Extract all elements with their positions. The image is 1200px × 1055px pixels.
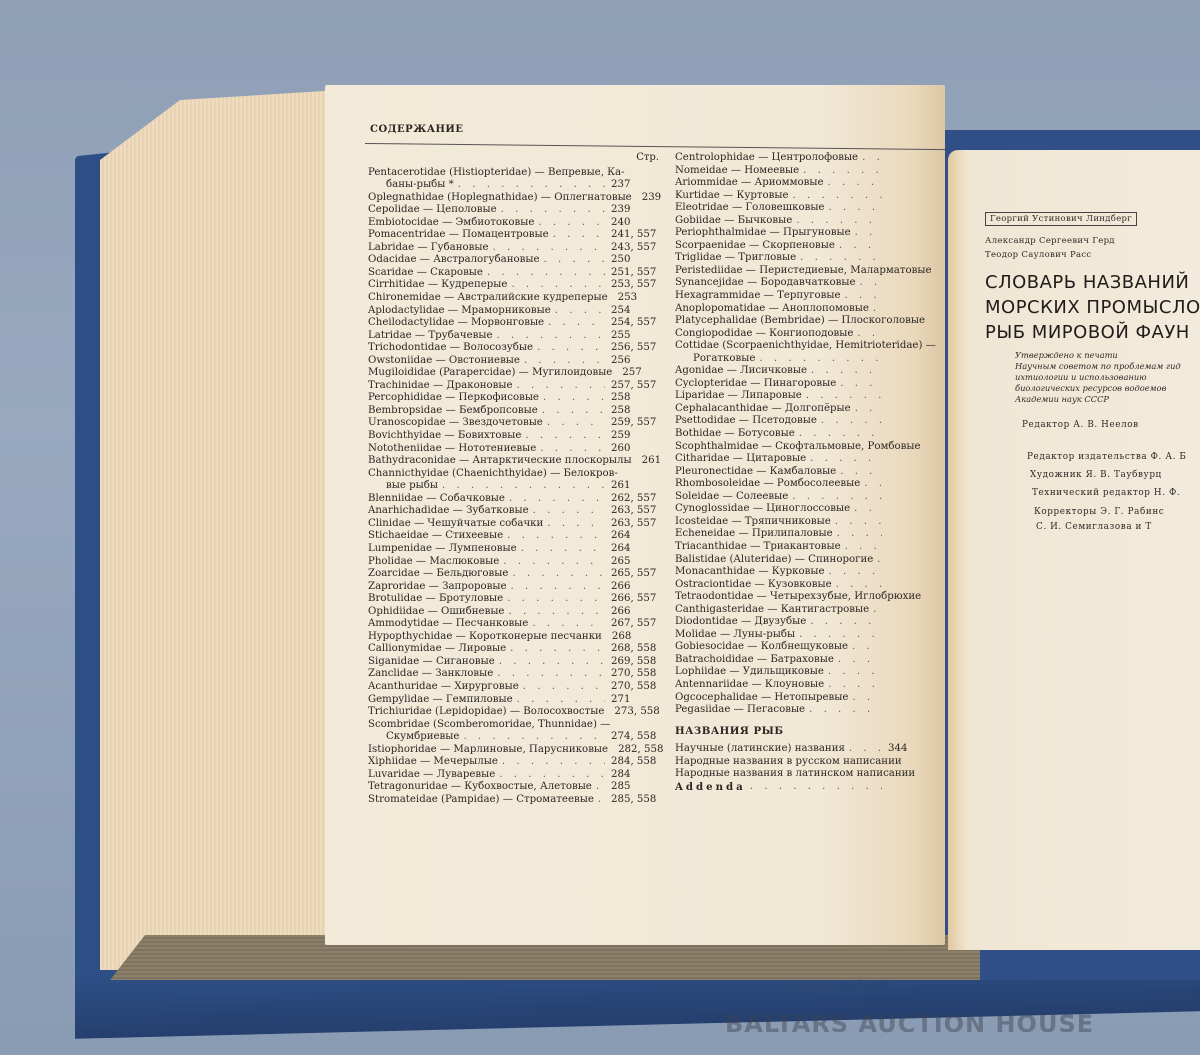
toc-entry-pages [882, 566, 940, 579]
toc-entry: Gobiidae — Бычковые [675, 215, 940, 228]
leader-dots [817, 415, 882, 428]
toc-entry-title: Brotulidae — Бротуловые [368, 593, 503, 606]
toc-entry-title: Cirrhitidae — Кудреперые [368, 279, 507, 292]
page-column-label: Стр. [368, 152, 663, 165]
leader-dots [848, 641, 882, 654]
leader-dots [454, 179, 605, 192]
leader-dots [507, 279, 605, 292]
leader-dots [795, 629, 882, 642]
toc-entry-pages: 243, 557 [605, 242, 663, 255]
leader-dots [825, 566, 882, 579]
toc-entry-title: Nomeidae — Номеевые [675, 165, 799, 178]
toc-entry-pages [882, 290, 940, 303]
toc-entry-title: Congiopodidae — Конгиоподовые [675, 328, 853, 341]
leader-dots [592, 781, 605, 794]
toc-entry: Molidae — Луны-рыбы [675, 629, 940, 642]
leader-dots [799, 165, 882, 178]
toc-entry-title: Zoarcidae — Бельдюговые [368, 568, 508, 581]
toc-entry-pages: 267, 557 [605, 618, 663, 631]
toc-entry-title: Acanthuridae — Хирурговые [368, 681, 519, 694]
toc-entry: Synancejidae — Бородавчатковые [675, 277, 940, 290]
leader-dots [519, 681, 605, 694]
toc-entry-pages [882, 353, 940, 366]
toc-entry-title: Echeneidae — Прилипаловые [675, 528, 833, 541]
toc-entry-title: Chironemidae — Австралийские кудреперые [368, 292, 608, 305]
toc-entry-pages: 268, 558 [605, 643, 663, 656]
toc-entry-title: Bovichthyidae — Бовихтовые [368, 430, 521, 443]
toc-entry-title: Bothidae — Ботусовые [675, 428, 795, 441]
toc-entry-title: Hexagrammidae — Терпуговые [675, 290, 841, 303]
toc-entry-pages: 258 [605, 392, 663, 405]
toc-entry-pages [882, 478, 940, 491]
book-title-line-3: РЫБ МИРОВОЙ ФАУН [985, 322, 1190, 343]
leader-dots [520, 355, 605, 368]
toc-entry-title: Scorpaenidae — Скорпеновые [675, 240, 835, 253]
approval-line: Научным советом по проблемам гид [1015, 361, 1181, 372]
toc-entry: Periophthalmidae — Прыгуновые [675, 227, 940, 240]
author-secondary: Александр Сергеевич Герд [985, 236, 1115, 246]
toc-entry: Diodontidae — Двузубые [675, 616, 940, 629]
leader-dots [834, 654, 882, 667]
toc-entry-pages: 264 [605, 530, 663, 543]
leader-dots [503, 593, 605, 606]
toc-entry: Cephalacanthidae — Долгопёрые [675, 403, 940, 416]
leader-dots [594, 794, 605, 807]
toc-entry: Scorpaenidae — Скорпеновые [675, 240, 940, 253]
toc-entry: Stromateidae (Pampidae) — Строматеевые28… [368, 794, 663, 807]
toc-entry-pages: 257 [616, 367, 674, 380]
toc-entry: Labridae — Губановые243, 557 [368, 242, 663, 255]
toc-entry-title: Ophidiidae — Ошибневые [368, 606, 504, 619]
toc-entry-pages: 239 [605, 204, 663, 217]
toc-entry-title: Cyclopteridae — Пинагоровые [675, 378, 836, 391]
toc-entry-title: Balistidae (Aluteridae) — Спинорогие [675, 554, 873, 567]
toc-entry-pages [882, 428, 940, 441]
toc-entry-title: Tetragonuridae — Кубохвостые, Алетовые [368, 781, 592, 794]
leader-dots [489, 242, 605, 255]
toc-entry-pages: 255 [605, 330, 663, 343]
leader-dots [544, 317, 605, 330]
toc-entry-pages [882, 516, 940, 529]
leader-dots [549, 229, 605, 242]
credit-publishing-editor: Редактор издательства Ф. А. Б [1027, 452, 1186, 462]
toc-entry-pages: 274, 558 [605, 731, 663, 744]
toc-entry-title: Platycephalidae (Bembridae) — Плоскоголо… [675, 315, 925, 328]
toc-entry: Rhombosoleidae — Ромбосолеевые [675, 478, 940, 491]
leader-dots [851, 403, 882, 416]
leader-dots [873, 554, 882, 567]
leader-dots [746, 781, 882, 794]
toc-entry: Icosteidae — Тряпичниковые [675, 516, 940, 529]
toc-entry-pages [882, 190, 940, 203]
leader-dots [438, 480, 605, 493]
toc-entry: Научные (латинские) названия344 [675, 743, 940, 756]
leader-dots [528, 618, 605, 631]
toc-entry-pages: 240 [605, 217, 663, 230]
toc-entry-title: Gobiesocidae — Колбнещуковые [675, 641, 848, 654]
toc-entry-continuation: баны-рыбы * [386, 179, 454, 192]
toc-entry: Nototheniidae — Нототениевые260 [368, 443, 663, 456]
toc-entry: Bembropsidae — Бембропсовые258 [368, 405, 663, 418]
toc-entry: Oplegnathidae (Hoplegnathidae) — Оплегна… [368, 192, 663, 205]
leader-dots [848, 692, 882, 705]
toc-entry: Triacanthidae — Триакантовые [675, 541, 940, 554]
credit-proofreaders: Корректоры Э. Г. Рабинс [1034, 507, 1164, 517]
toc-entry-pages [882, 679, 940, 692]
toc-entry-pages: 263, 557 [605, 518, 663, 531]
toc-entry: Monacanthidae — Курковые [675, 566, 940, 579]
leader-dots [551, 305, 605, 318]
toc-entry: Cyclopteridae — Пинагоровые [675, 378, 940, 391]
toc-entry-title: Clinidae — Чешуйчатые собачки [368, 518, 543, 531]
toc-entry-pages [882, 227, 940, 240]
toc-entry: Soleidae — Солеевые [675, 491, 940, 504]
toc-entry-title: Triacanthidae — Триакантовые [675, 541, 841, 554]
book-title-line-2: МОРСКИХ ПРОМЫСЛО [985, 297, 1200, 318]
toc-entry: Echeneidae — Прилипаловые [675, 528, 940, 541]
toc-entry-pages: 282, 558 [612, 744, 670, 757]
toc-entry-pages: 253 [612, 292, 670, 305]
author-tertiary: Теодор Саулович Расс [985, 250, 1091, 260]
toc-entry-pages: 344 [882, 743, 940, 756]
toc-entry: Clinidae — Чешуйчатые собачки263, 557 [368, 518, 663, 531]
leader-dots [543, 518, 605, 531]
toc-entry: Trichodontidae — Волосозубые256, 557 [368, 342, 663, 355]
toc-entry-pages: 285, 558 [605, 794, 663, 807]
leader-dots [788, 491, 882, 504]
toc-entry-pages [882, 328, 940, 341]
toc-entry-pages [925, 441, 983, 454]
toc-entry: Acanthuridae — Хирурговые270, 558 [368, 681, 663, 694]
toc-entry-title: Siganidae — Сигановые [368, 656, 495, 669]
leader-dots [507, 581, 606, 594]
leader-dots [495, 769, 605, 782]
toc-entry-title: Centrolophidae — Центролофовые [675, 152, 858, 165]
toc-entry-pages [882, 503, 940, 516]
toc-entry-title: Eleotridae — Головешковые [675, 202, 824, 215]
toc-entry: Lumpenidae — Лумпеновые264 [368, 543, 663, 556]
toc-entry-pages [882, 177, 940, 190]
toc-entry-pages [882, 378, 940, 391]
toc-entry-title: Embiotocidae — Эмбиотоковые [368, 217, 534, 230]
toc-entry-title: Triglidae — Тригловые [675, 252, 796, 265]
toc-entry: Percophididae — Перкофисовые258 [368, 392, 663, 405]
leader-dots [836, 378, 882, 391]
toc-entry: Cheilodactylidae — Морвонговые254, 557 [368, 317, 663, 330]
toc-entry: Народные названия в русском написании [675, 756, 940, 769]
leader-dots [851, 227, 882, 240]
toc-entry: Istiophoridae — Марлиновые, Парусниковые… [368, 744, 663, 757]
toc-entry-title: Blenniidae — Собачковые [368, 493, 505, 506]
toc-entry-title: Ammodytidae — Песчанковые [368, 618, 528, 631]
toc-entry-pages [882, 491, 940, 504]
leader-dots [845, 743, 882, 756]
leader-dots [493, 668, 605, 681]
leader-dots [869, 303, 882, 316]
toc-entry: Gobiesocidae — Колбнещуковые [675, 641, 940, 654]
toc-entry-title: Icosteidae — Тряпичниковые [675, 516, 831, 529]
toc-entry-pages [882, 692, 940, 705]
leader-dots [869, 604, 882, 617]
toc-entry-title: Diodontidae — Двузубые [675, 616, 806, 629]
approval-note: Утверждено к печати Научным советом по п… [1015, 350, 1181, 405]
toc-entry-title: Lophiidae — Удильщиковые [675, 666, 824, 679]
leader-dots [543, 417, 605, 430]
leader-dots [796, 252, 882, 265]
toc-entry-pages [906, 756, 964, 769]
toc-entry: Psettodidae — Псетодовые [675, 415, 940, 428]
toc-entry-title: Tetraodontidae — Четырехзубые, Иглобрюхи… [675, 591, 921, 604]
leader-dots [459, 731, 605, 744]
toc-entry-pages [929, 315, 987, 328]
toc-entry-pages [919, 768, 977, 781]
toc-entry-title: Cephalacanthidae — Долгопёрые [675, 403, 851, 416]
toc-entry-pages: 284, 558 [605, 756, 663, 769]
toc-entry: Chironemidae — Австралийские кудреперые2… [368, 292, 663, 305]
leader-dots [506, 643, 605, 656]
toc-entry-pages [882, 466, 940, 479]
toc-entry-title: Народные названия в латинском написании [675, 768, 915, 781]
leader-dots [841, 290, 882, 303]
toc-entry-pages [882, 704, 940, 717]
credit-technical-editor: Технический редактор Н. Ф. [1032, 488, 1180, 498]
toc-entry: Ammodytidae — Песчанковые267, 557 [368, 618, 663, 631]
toc-entry: Congiopodidae — Конгиоподовые [675, 328, 940, 341]
toc-entry-title: Scombridae (Scomberomoridae, Thunnidae) … [368, 719, 663, 732]
toc-entry-title: Bathydraconidae — Антарктические плоскор… [368, 455, 632, 468]
toc-entry-title: Zanclidae — Занкловые [368, 668, 493, 681]
toc-entry-title: Cheilodactylidae — Морвонговые [368, 317, 544, 330]
toc-entry-pages: 284 [605, 769, 663, 782]
toc-entry: Tetragonuridae — Кубохвостые, Алетовые28… [368, 781, 663, 794]
toc-entry-title: Pholidae — Маслюковые [368, 556, 499, 569]
toc-entry-pages [882, 781, 940, 794]
toc-entry-title: Anoplopomatidae — Аноплопомовые [675, 303, 869, 316]
toc-entry-pages [882, 415, 940, 428]
toc-entry-title: Ariommidae — Ариоммовые [675, 177, 824, 190]
credit-artist: Художник Я. В. Таубвурц [1030, 470, 1162, 480]
toc-entry: Zanclidae — Занкловые270, 558 [368, 668, 663, 681]
toc-entry: Xiphiidae — Мечерылые284, 558 [368, 756, 663, 769]
toc-entry: Owstoniidae — Овстониевые256 [368, 355, 663, 368]
toc-entry-title: Istiophoridae — Марлиновые, Парусниковые [368, 744, 608, 757]
leader-dots [836, 466, 882, 479]
toc-entry-title: Ostraciontidae — Кузовковые [675, 579, 832, 592]
toc-entry: Pleuronectidae — Камбаловые [675, 466, 940, 479]
toc-entry-pages: 271 [605, 694, 663, 707]
leader-dots [806, 453, 882, 466]
toc-entry-pages: 254, 557 [605, 317, 663, 330]
toc-entry-title: Trichodontidae — Волосозубые [368, 342, 533, 355]
leader-dots [824, 202, 882, 215]
toc-entry-title: Gempylidae — Гемпиловые [368, 694, 513, 707]
leader-dots [540, 254, 605, 267]
toc-entry-title: Oplegnathidae (Hoplegnathidae) — Оплегна… [368, 192, 632, 205]
watermark-tagline: antiques and art [770, 978, 887, 994]
toc-entry-title: Stromateidae (Pampidae) — Строматеевые [368, 794, 594, 807]
running-head: СОДЕРЖАНИЕ [370, 124, 464, 135]
toc-entry-pages: 270, 558 [605, 681, 663, 694]
toc-entry-title: Gobiidae — Бычковые [675, 215, 792, 228]
toc-entry: Anoplopomatidae — Аноплопомовые [675, 303, 940, 316]
toc-entry-title: Liparidae — Липаровые [675, 390, 802, 403]
toc-entry: Antennariidae — Клоуновые [675, 679, 940, 692]
approval-line: Утверждено к печати [1015, 350, 1181, 361]
credit-proofreaders-cont: С. И. Семиглазова и Т [1036, 522, 1152, 532]
toc-entry-pages [882, 579, 940, 592]
toc-entry-pages [882, 629, 940, 642]
toc-entry-pages [882, 303, 940, 316]
leader-dots [824, 177, 883, 190]
toc-entry: Ariommidae — Ариоммовые [675, 177, 940, 190]
leader-dots [538, 405, 605, 418]
toc-entry: Canthigasteridae — Кантигастровые [675, 604, 940, 617]
approval-line: биологических ресурсов водоемов [1015, 383, 1181, 394]
toc-entry-pages: 257, 557 [605, 380, 663, 393]
leader-dots [503, 530, 605, 543]
toc-entry: Addenda [675, 781, 940, 794]
toc-entry-pages [925, 591, 983, 604]
toc-entry-pages: 250 [605, 254, 663, 267]
toc-entry-title: Soleidae — Солеевые [675, 491, 788, 504]
toc-entry-pages: 266 [605, 606, 663, 619]
toc-entry-title: Hypopthychidae — Коротконерые песчанки [368, 631, 602, 644]
toc-entry-pages [882, 365, 940, 378]
toc-entry-continuation: Рогатковые [693, 353, 755, 366]
toc-entry-title: Batrachoididae — Батраховые [675, 654, 834, 667]
toc-entry: Cirrhitidae — Кудреперые253, 557 [368, 279, 663, 292]
toc-entry-pages: 237 [605, 179, 663, 192]
toc-entry: Cynoglossidae — Циноглоссовые [675, 503, 940, 516]
toc-entry-title: Zaproridae — Запроровые [368, 581, 507, 594]
leader-dots [860, 478, 882, 491]
toc-entry: Hypopthychidae — Коротконерые песчанки26… [368, 631, 663, 644]
leader-dots [832, 579, 882, 592]
toc-entry: Balistidae (Aluteridae) — Спинорогие [675, 554, 940, 567]
toc-entry-pages: 256, 557 [605, 342, 663, 355]
page-block-fore-edge [100, 90, 340, 970]
toc-entry-title: Uranoscopidae — Звездочетовые [368, 417, 543, 430]
toc-entry: Brotulidae — Бротуловые266, 557 [368, 593, 663, 606]
toc-entry: Pomacentridae — Помацентровые241, 557 [368, 229, 663, 242]
leader-dots [513, 694, 605, 707]
toc-entry: Ostraciontidae — Кузовковые [675, 579, 940, 592]
toc-entry: Pegasiidae — Пегасовые [675, 704, 940, 717]
toc-entry: Народные названия в латинском написании [675, 768, 940, 781]
leader-dots [504, 606, 605, 619]
toc-entry-pages: 270, 558 [605, 668, 663, 681]
toc-entry-title: Channicthyidae (Chaenichthyidae) — Белок… [368, 468, 663, 481]
toc-entry-pages: 266, 557 [605, 593, 663, 606]
toc-entry-title: Odacidae — Австралогубановые [368, 254, 540, 267]
toc-entry-pages: 251, 557 [605, 267, 663, 280]
toc-entry-pages [882, 215, 940, 228]
leader-dots [497, 204, 605, 217]
toc-entry-title: Owstoniidae — Овстониевые [368, 355, 520, 368]
toc-entry-pages: 256 [605, 355, 663, 368]
toc-entry-pages: 265 [605, 556, 663, 569]
toc-entry: Trichiuridae (Lepidopidae) — Волосохвост… [368, 706, 663, 719]
toc-entry-pages: 265, 557 [605, 568, 663, 581]
toc-entry-title: Antennariidae — Клоуновые [675, 679, 824, 692]
toc-entry-title: Pleuronectidae — Камбаловые [675, 466, 836, 479]
toc-entry-title: Lumpenidae — Лумпеновые [368, 543, 517, 556]
toc-entry-title: Cottidae (Scorpaenichthyidae, Hemitriote… [675, 340, 940, 353]
leader-dots [536, 443, 605, 456]
toc-entry-pages [882, 554, 940, 567]
toc-entry: Gempylidae — Гемпиловые271 [368, 694, 663, 707]
author-primary: Георгий Устинович Линдберг [985, 212, 1137, 226]
toc-entry: Liparidae — Липаровые [675, 390, 940, 403]
toc-entry-pages [882, 390, 940, 403]
leader-dots [806, 616, 882, 629]
toc-entry-title: Pentacerotidae (Histiopteridae) — Вепрев… [368, 167, 663, 180]
toc-entry: Nomeidae — Номеевые [675, 165, 940, 178]
toc-entry-pages [882, 453, 940, 466]
credit-editor: Редактор А. В. Неелов [1022, 420, 1139, 430]
leader-dots [495, 656, 605, 669]
toc-entry-continuation: Скумбриевые [386, 731, 459, 744]
toc-entry-pages: 262, 557 [605, 493, 663, 506]
leader-dots [856, 277, 882, 290]
toc-entry-title: Callionymidae — Лировые [368, 643, 506, 656]
toc-entry-title: Rhombosoleidae — Ромбосолеевые [675, 478, 860, 491]
toc-entry: Centrolophidae — Центролофовые [675, 152, 940, 165]
toc-entry: Citharidae — Цитаровые [675, 453, 940, 466]
toc-entry: Anarhichadidae — Зубатковые263, 557 [368, 505, 663, 518]
toc-entry-title: Scaridae — Скаровые [368, 267, 483, 280]
leader-dots [483, 267, 605, 280]
toc-entry-title: Научные (латинские) названия [675, 743, 845, 756]
leader-dots [805, 704, 882, 717]
toc-entry: Lophiidae — Удильщиковые [675, 666, 940, 679]
toc-entry-pages [882, 252, 940, 265]
toc-entry: Zaproridae — Запроровые266 [368, 581, 663, 594]
leader-dots [824, 666, 882, 679]
toc-entry: Pholidae — Маслюковые265 [368, 556, 663, 569]
toc-entry: Bothidae — Ботусовые [675, 428, 940, 441]
toc-entry: Blenniidae — Собачковые262, 557 [368, 493, 663, 506]
toc-entry: Triglidae — Тригловые [675, 252, 940, 265]
leader-dots [513, 380, 605, 393]
toc-entry: Aplodactylidae — Мраморниковые254 [368, 305, 663, 318]
toc-entry-pages [882, 541, 940, 554]
toc-entry-pages: 254 [605, 305, 663, 318]
section-heading: НАЗВАНИЯ РЫБ [675, 725, 940, 738]
toc-entry-title: Citharidae — Цитаровые [675, 453, 806, 466]
toc-entry: Scombridae (Scomberomoridae, Thunnidae) … [368, 719, 663, 744]
toc-entry-title: Stichaeidae — Стихеевые [368, 530, 503, 543]
toc-entry-title: Pegasiidae — Пегасовые [675, 704, 805, 717]
toc-entry-title: Trachinidae — Драконовые [368, 380, 513, 393]
toc-entry-pages [882, 641, 940, 654]
toc-column-a: Стр. Pentacerotidae (Histiopteridae) — В… [368, 152, 663, 806]
leader-dots [789, 190, 883, 203]
toc-entry-pages: 259, 557 [605, 417, 663, 430]
leader-dots [499, 556, 605, 569]
toc-entry: Mugiloididae (Parapercidae) — Мугилоидов… [368, 367, 663, 380]
toc-entry-title: Periophthalmidae — Прыгуновые [675, 227, 851, 240]
toc-entry: Siganidae — Сигановые269, 558 [368, 656, 663, 669]
toc-entry-pages: 273, 558 [608, 706, 666, 719]
toc-entry: Stichaeidae — Стихеевые264 [368, 530, 663, 543]
toc-entry-title: Aplodactylidae — Мраморниковые [368, 305, 551, 318]
toc-entry-title: Luvaridae — Луваревые [368, 769, 495, 782]
toc-entry: Pentacerotidae (Histiopteridae) — Вепрев… [368, 167, 663, 192]
toc-entry-pages [882, 528, 940, 541]
toc-entry-pages [882, 202, 940, 215]
leader-dots [534, 217, 605, 230]
